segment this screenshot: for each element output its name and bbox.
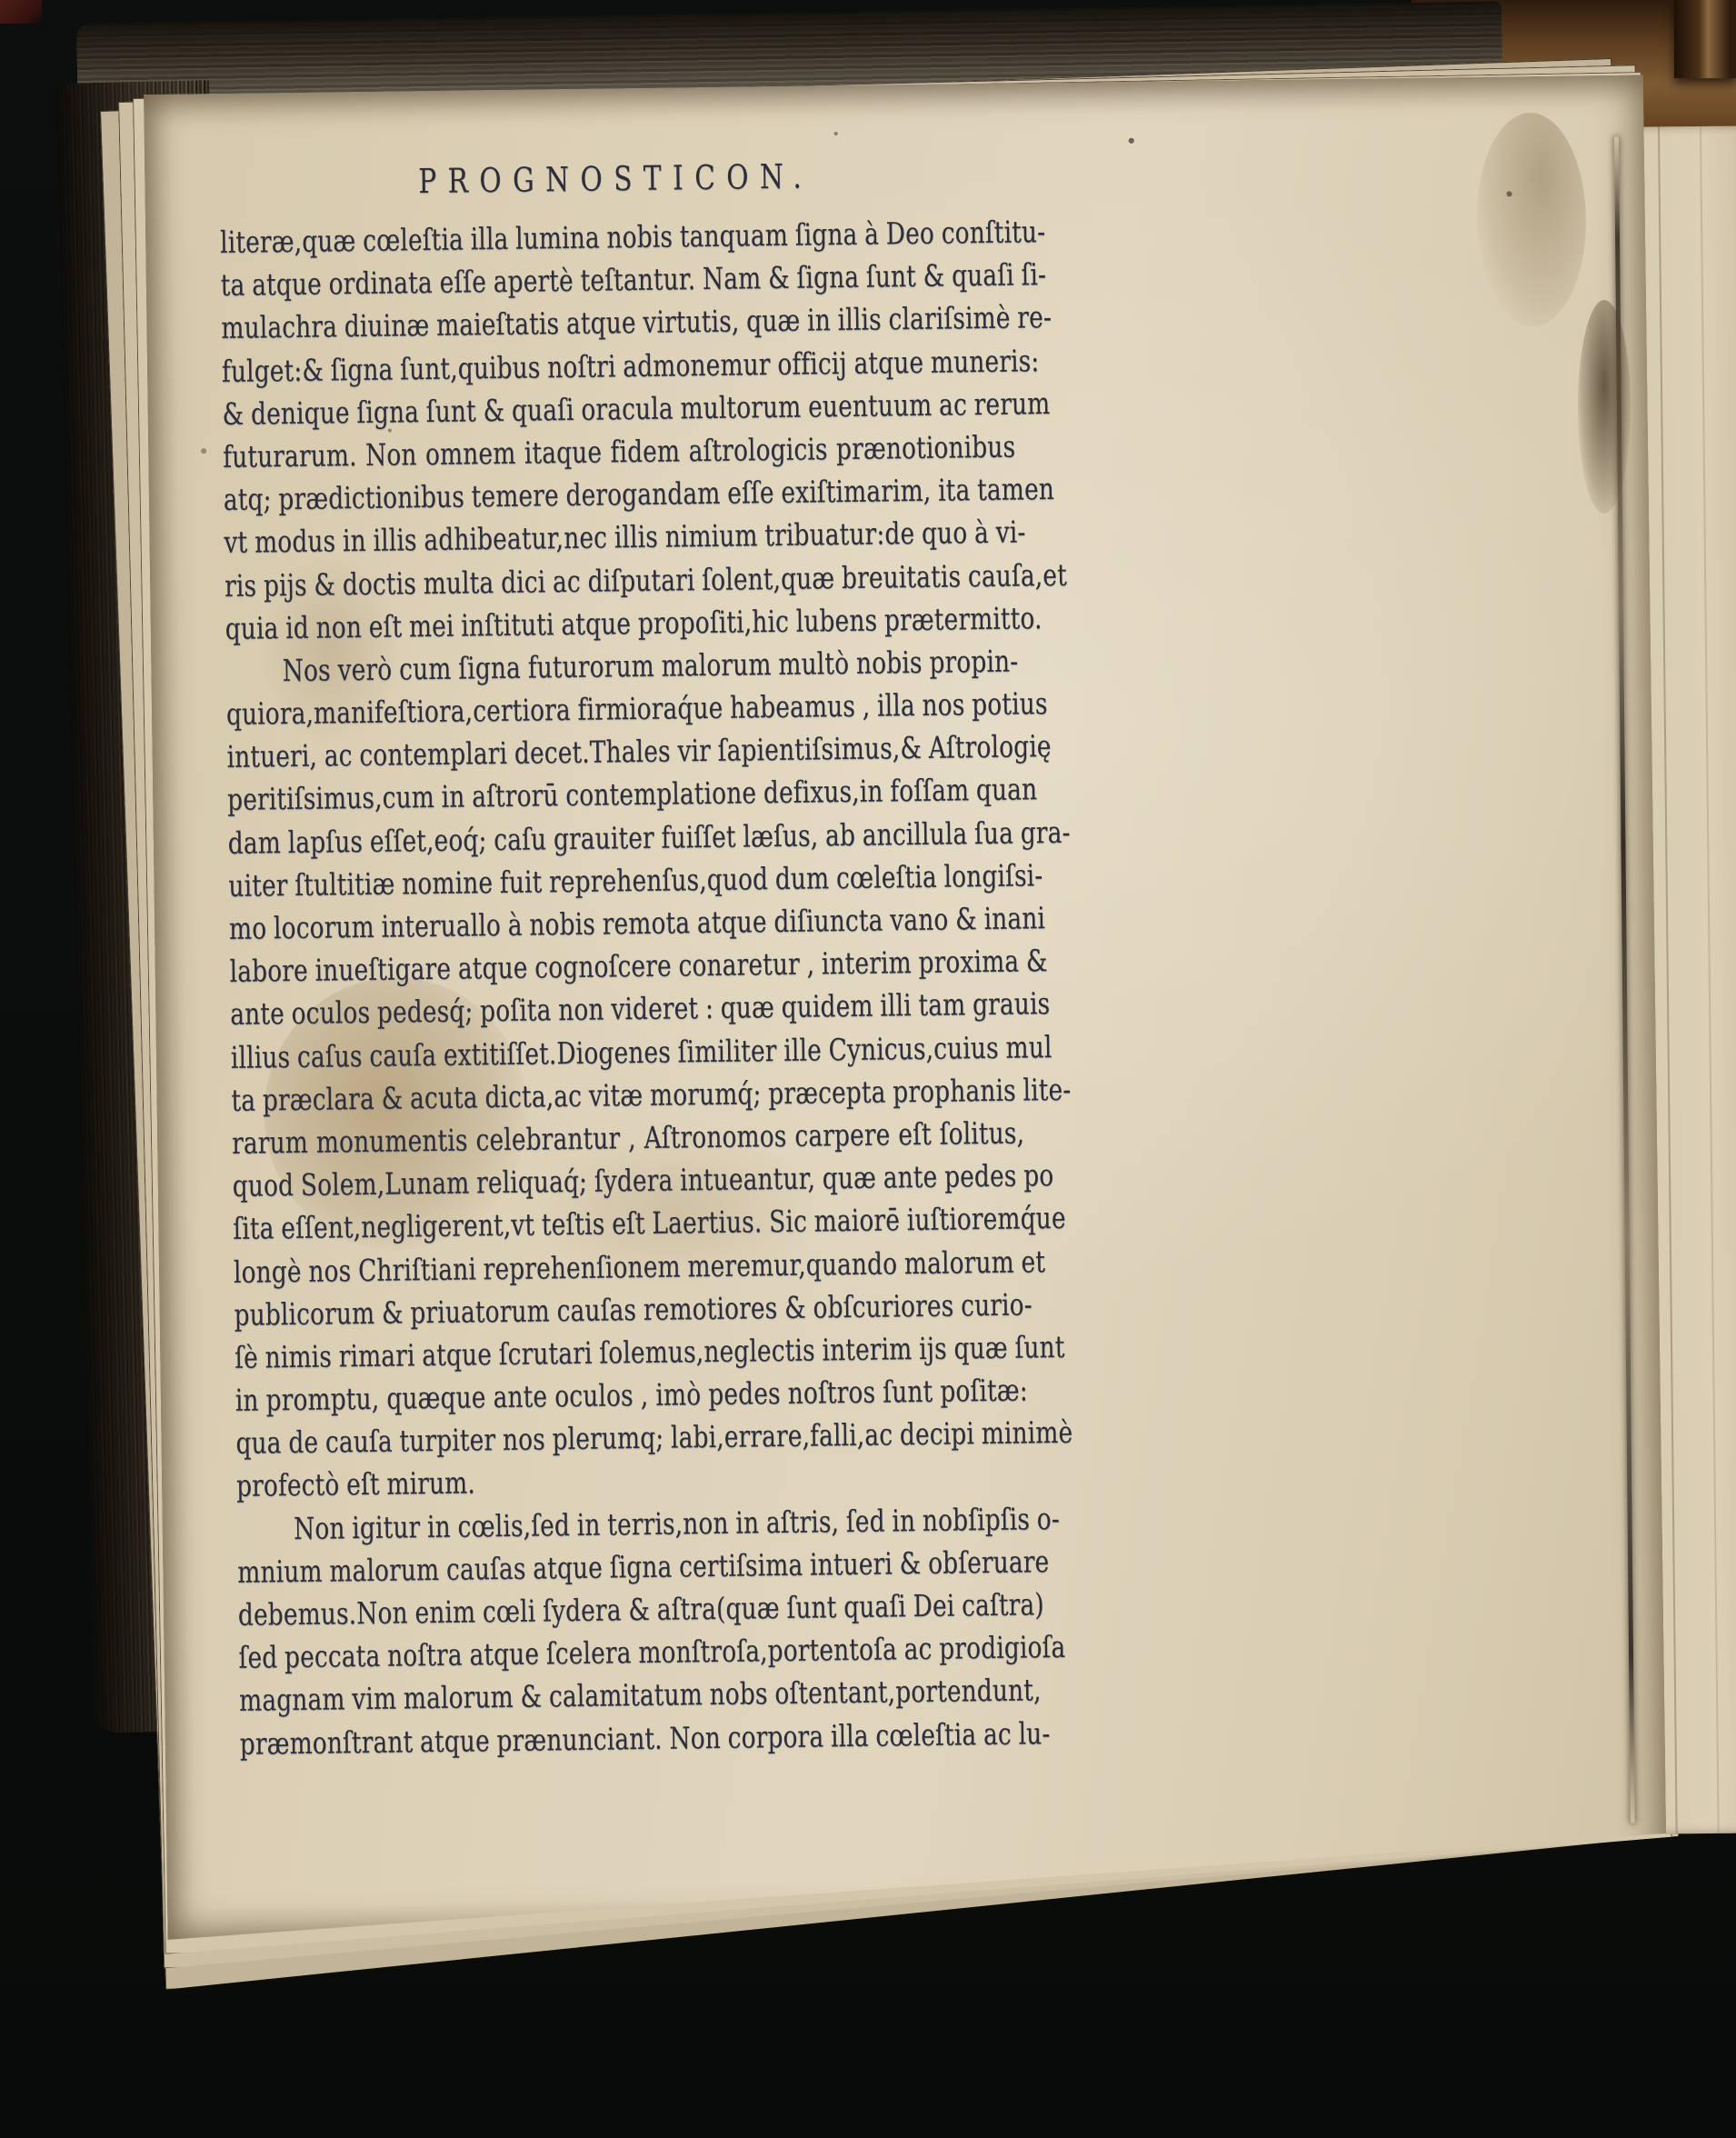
gutter-stain [1578,300,1631,514]
page-text: PROGNOSTICON. literæ,quæ cœleſtia illa l… [219,152,1240,1765]
book-page: PROGNOSTICON. literæ,quæ cœleſtia illa l… [144,75,1667,1939]
book-scan: PROGNOSTICON. literæ,quæ cœleſtia illa l… [0,0,1736,2138]
binding-corner-red [0,0,42,24]
binding-strap [1674,0,1736,78]
paper-crease-line [1700,126,1720,1833]
page-title: PROGNOSTICON. [219,155,1013,214]
ink-specks [144,95,145,96]
text-line: præmonſtrant atque prænunciant. Non corp… [239,1712,1033,1765]
body-lines: literæ,quæ cœleſtia illa lumina nobis ta… [220,208,1240,1765]
paper-stain [1475,112,1587,327]
